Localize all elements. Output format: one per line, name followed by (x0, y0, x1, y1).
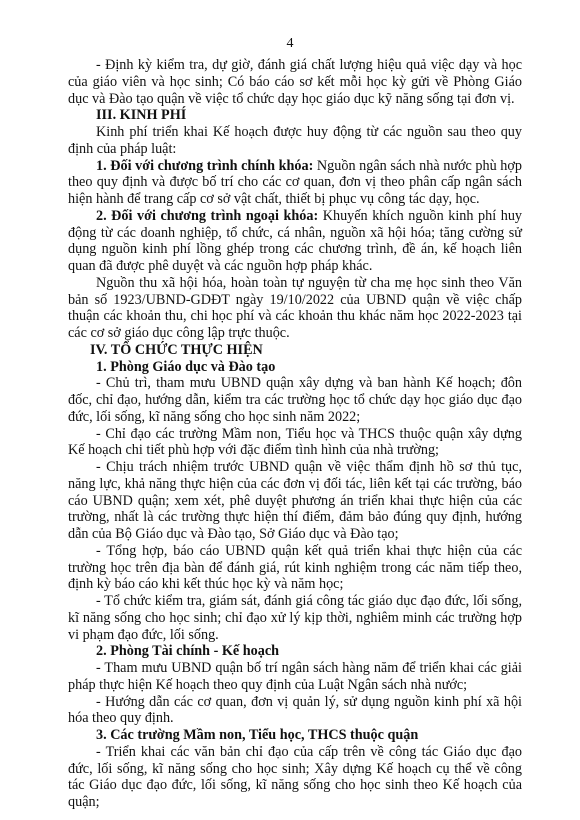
paragraph-funding-main-program: 1. Đối với chương trình chính khóa: Nguồ… (68, 158, 522, 208)
subheading-extracurricular: 2. Đối với chương trình ngoại khóa: (96, 208, 318, 224)
paragraph-funding-extracurricular: 2. Đối với chương trình ngoại khóa: Khuy… (68, 208, 522, 275)
paragraph-funding-intro: Kinh phí triển khai Kế hoạch được huy độ… (68, 124, 522, 158)
paragraph-edu-dept-report: - Tổng hợp, báo cáo UBND quận kết quả tr… (68, 543, 522, 593)
subheading-main-program: 1. Đối với chương trình chính khóa: (96, 158, 313, 174)
paragraph-socialized-revenue: Nguồn thu xã hội hóa, hoàn toàn tự nguyệ… (68, 275, 522, 342)
section-heading-funding: III. KINH PHÍ (68, 107, 522, 124)
paragraph-edu-dept-lead: - Chủ trì, tham mưu UBND quận xây dựng v… (68, 375, 522, 425)
subheading-finance-dept: 2. Phòng Tài chính - Kế hoạch (68, 643, 522, 660)
document-page: 4 - Định kỳ kiểm tra, dự giờ, đánh giá c… (0, 0, 580, 820)
page-number: 4 (0, 36, 580, 53)
paragraph-finance-budget: - Tham mưu UBND quận bố trí ngân sách hà… (68, 660, 522, 694)
section-heading-implementation: IV. TỔ CHỨC THỰC HIỆN (68, 342, 522, 359)
subheading-education-dept: 1. Phòng Giáo dục và Đào tạo (68, 359, 522, 376)
paragraph-edu-dept-responsible: - Chịu trách nhiệm trước UBND quận về vi… (68, 459, 522, 543)
document-body: - Định kỳ kiểm tra, dự giờ, đánh giá chấ… (68, 57, 522, 811)
paragraph-periodic-inspection: - Định kỳ kiểm tra, dự giờ, đánh giá chấ… (68, 57, 522, 107)
paragraph-edu-dept-inspect: - Tổ chức kiểm tra, giám sát, đánh giá c… (68, 593, 522, 643)
paragraph-edu-dept-direct: - Chỉ đạo các trường Mầm non, Tiểu học v… (68, 426, 522, 460)
paragraph-schools-implement: - Triển khai các văn bản chỉ đạo của cấp… (68, 744, 522, 811)
paragraph-finance-guide: - Hướng dẫn các cơ quan, đơn vị quản lý,… (68, 694, 522, 728)
subheading-schools: 3. Các trường Mầm non, Tiểu học, THCS th… (68, 727, 522, 744)
